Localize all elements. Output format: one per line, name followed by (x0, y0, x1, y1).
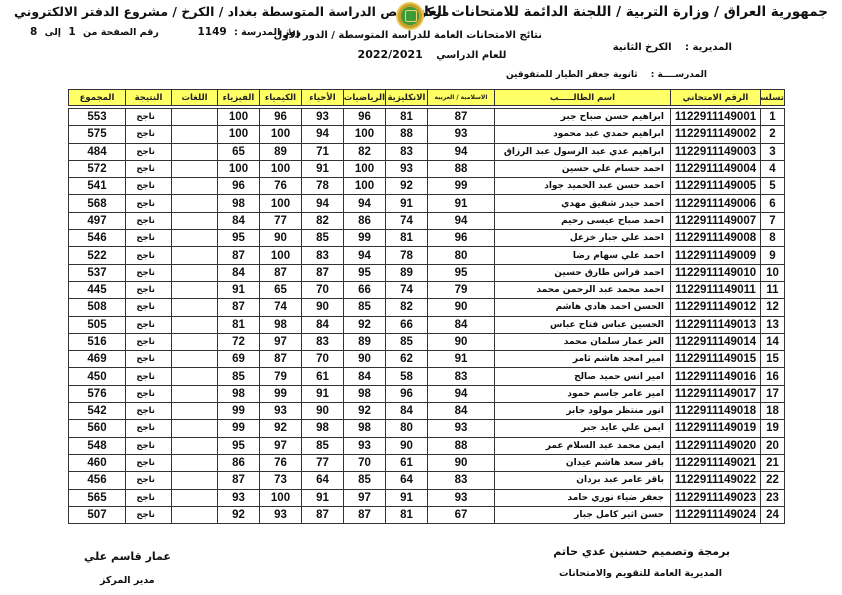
cell-physics: 87 (218, 247, 260, 264)
cell-islamic-arabic: 99 (428, 178, 495, 195)
cell-languages (172, 506, 218, 523)
cell-name: العز عمار سلمان محمد (495, 333, 671, 350)
cell-biology: 93 (302, 109, 344, 126)
cell-languages (172, 316, 218, 333)
cell-result: ناجح (126, 316, 172, 333)
cell-languages (172, 281, 218, 298)
cell-exam-no: 1122911149019 (671, 420, 761, 437)
cell-physics: 87 (218, 299, 260, 316)
table-row: 191122911149019ايمن علي عايد جبر93809898… (69, 420, 785, 437)
cell-languages (172, 385, 218, 402)
cell-languages (172, 126, 218, 143)
cell-chemistry: 74 (260, 299, 302, 316)
cell-biology: 90 (302, 403, 344, 420)
cell-result: ناجح (126, 109, 172, 126)
table-row: 181122911149018انور منتظر مولود جابر8484… (69, 403, 785, 420)
cell-islamic-arabic: 96 (428, 230, 495, 247)
results-subtitle: نتائج الامتحانات العامة للدراسة المتوسطة… (322, 30, 542, 41)
cell-languages (172, 333, 218, 350)
cell-islamic-arabic: 91 (428, 195, 495, 212)
cell-exam-no: 1122911149016 (671, 368, 761, 385)
cell-languages (172, 299, 218, 316)
cell-chemistry: 93 (260, 506, 302, 523)
table-row: 131122911149013الحسين عباس فتاح عباس8466… (69, 316, 785, 333)
cell-math: 86 (344, 212, 386, 229)
cell-exam-no: 1122911149018 (671, 403, 761, 420)
cell-biology: 83 (302, 247, 344, 264)
cell-english: 64 (386, 472, 428, 489)
academic-year: للعام الدراسي 2022/2021 (322, 48, 542, 61)
cell-name: ايمن محمد عبد السلام عمر (495, 437, 671, 454)
cell-islamic-arabic: 90 (428, 333, 495, 350)
cell-english: 78 (386, 247, 428, 264)
cell-seq: 4 (761, 160, 785, 177)
col-exam-no: الرقم الامتحاني (671, 90, 761, 106)
cell-result: ناجح (126, 351, 172, 368)
cell-chemistry: 96 (260, 109, 302, 126)
cell-biology: 78 (302, 178, 344, 195)
cell-chemistry: 92 (260, 420, 302, 437)
cell-chemistry: 76 (260, 178, 302, 195)
cell-chemistry: 98 (260, 316, 302, 333)
cell-name: احمد صباح عيسى رحيم (495, 212, 671, 229)
cell-languages (172, 420, 218, 437)
cell-total: 553 (69, 109, 126, 126)
cell-math: 87 (344, 506, 386, 523)
cell-languages (172, 195, 218, 212)
directorate-value: الكرخ الثانية (613, 42, 672, 53)
cell-biology: 64 (302, 472, 344, 489)
cell-name: ابراهيم حمدي عبد محمود (495, 126, 671, 143)
school-value: ثانوية جعفر الطيار للمتفوقين (506, 70, 638, 80)
cell-physics: 65 (218, 143, 260, 160)
cell-physics: 81 (218, 316, 260, 333)
cell-english: 90 (386, 437, 428, 454)
cell-seq: 23 (761, 489, 785, 506)
table-row: 241122911149024حسن اثير كامل جبار6781878… (69, 506, 785, 523)
cell-total: 460 (69, 454, 126, 471)
cell-total: 508 (69, 299, 126, 316)
cell-biology: 87 (302, 264, 344, 281)
cell-biology: 94 (302, 195, 344, 212)
cell-islamic-arabic: 94 (428, 143, 495, 160)
cell-biology: 91 (302, 385, 344, 402)
cell-languages (172, 403, 218, 420)
cell-seq: 13 (761, 316, 785, 333)
cell-exam-no: 1122911149021 (671, 454, 761, 471)
cell-biology: 70 (302, 281, 344, 298)
cell-seq: 18 (761, 403, 785, 420)
cell-seq: 8 (761, 230, 785, 247)
ministry-logo-icon (396, 2, 424, 30)
cell-exam-no: 1122911149015 (671, 351, 761, 368)
cell-physics: 100 (218, 126, 260, 143)
cell-islamic-arabic: 67 (428, 506, 495, 523)
table-header-row: تسلسل الرقم الامتحاني اسم الطالـــــب ال… (69, 90, 785, 106)
cell-math: 94 (344, 195, 386, 212)
cell-biology: 77 (302, 454, 344, 471)
table-row: 171122911149017امير عامر جاسم حمود949698… (69, 385, 785, 402)
col-math: الرياضيات (344, 90, 386, 106)
cell-physics: 95 (218, 230, 260, 247)
cell-name: حسن اثير كامل جبار (495, 506, 671, 523)
table-row: 121122911149012الحسن احمد هادي هاشم90828… (69, 299, 785, 316)
cell-exam-no: 1122911149023 (671, 489, 761, 506)
cell-chemistry: 79 (260, 368, 302, 385)
cell-name: الحسن احمد هادي هاشم (495, 299, 671, 316)
cell-chemistry: 97 (260, 437, 302, 454)
cell-physics: 96 (218, 178, 260, 195)
cell-languages (172, 368, 218, 385)
cell-islamic-arabic: 83 (428, 472, 495, 489)
cell-name: انور منتظر مولود جابر (495, 403, 671, 420)
cell-result: ناجح (126, 160, 172, 177)
table-row: 71122911149007احمد صباح عيسى رحيم9474868… (69, 212, 785, 229)
cell-name: ابراهيم حسن صباح جبر (495, 109, 671, 126)
cell-physics: 99 (218, 420, 260, 437)
cell-chemistry: 100 (260, 489, 302, 506)
cell-total: 450 (69, 368, 126, 385)
cell-math: 85 (344, 472, 386, 489)
cell-english: 80 (386, 420, 428, 437)
cell-name: امير عامر جاسم حمود (495, 385, 671, 402)
cell-result: ناجح (126, 178, 172, 195)
school-label: المدرســــة : (651, 70, 707, 80)
cell-math: 100 (344, 126, 386, 143)
cell-islamic-arabic: 93 (428, 126, 495, 143)
cell-physics: 98 (218, 195, 260, 212)
cell-biology: 70 (302, 351, 344, 368)
cell-chemistry: 73 (260, 472, 302, 489)
cell-english: 81 (386, 109, 428, 126)
cell-english: 96 (386, 385, 428, 402)
cell-exam-no: 1122911149024 (671, 506, 761, 523)
center-title: مركز فحص الدراسة المتوسطة بغداد / الكرخ … (14, 4, 449, 19)
cell-english: 91 (386, 489, 428, 506)
cell-seq: 2 (761, 126, 785, 143)
cell-result: ناجح (126, 403, 172, 420)
cell-physics: 92 (218, 506, 260, 523)
cell-chemistry: 93 (260, 403, 302, 420)
cell-languages (172, 143, 218, 160)
page-to: 8 (30, 26, 37, 38)
cell-physics: 99 (218, 403, 260, 420)
cell-name: احمد علي جبار خزعل (495, 230, 671, 247)
cell-english: 93 (386, 160, 428, 177)
cell-english: 62 (386, 351, 428, 368)
table-row: 231122911149023جعفر ضياء نوري حامد939197… (69, 489, 785, 506)
table-row: 161122911149016امير انس حميد صالح8358846… (69, 368, 785, 385)
cell-biology: 98 (302, 420, 344, 437)
cell-english: 81 (386, 230, 428, 247)
cell-english: 82 (386, 299, 428, 316)
cell-exam-no: 1122911149006 (671, 195, 761, 212)
cell-physics: 86 (218, 454, 260, 471)
page-label: رقم الصفحة من (83, 27, 159, 38)
cell-exam-no: 1122911149004 (671, 160, 761, 177)
cell-math: 98 (344, 385, 386, 402)
cell-total: 445 (69, 281, 126, 298)
cell-chemistry: 100 (260, 160, 302, 177)
cell-english: 58 (386, 368, 428, 385)
cell-total: 542 (69, 403, 126, 420)
col-result: النتيجة (126, 90, 172, 106)
table-row: 61122911149006احمد حيدر شفيق مهدي9191949… (69, 195, 785, 212)
cell-languages (172, 472, 218, 489)
cell-islamic-arabic: 90 (428, 299, 495, 316)
cell-chemistry: 100 (260, 195, 302, 212)
cell-math: 92 (344, 403, 386, 420)
cell-result: ناجح (126, 420, 172, 437)
cell-biology: 94 (302, 126, 344, 143)
cell-result: ناجح (126, 230, 172, 247)
cell-math: 89 (344, 333, 386, 350)
cell-islamic-arabic: 95 (428, 264, 495, 281)
table-row: 11122911149001ابراهيم حسن صباح جبر878196… (69, 109, 785, 126)
cell-exam-no: 1122911149009 (671, 247, 761, 264)
cell-languages (172, 178, 218, 195)
cell-biology: 85 (302, 230, 344, 247)
cell-result: ناجح (126, 281, 172, 298)
col-name: اسم الطالـــــب (495, 90, 671, 106)
cell-total: 522 (69, 247, 126, 264)
cell-physics: 84 (218, 212, 260, 229)
cell-english: 74 (386, 281, 428, 298)
cell-biology: 82 (302, 212, 344, 229)
cell-exam-no: 1122911149012 (671, 299, 761, 316)
cell-seq: 11 (761, 281, 785, 298)
cell-physics: 85 (218, 368, 260, 385)
cell-languages (172, 437, 218, 454)
col-languages: اللغات (172, 90, 218, 106)
cell-english: 84 (386, 403, 428, 420)
cell-islamic-arabic: 93 (428, 420, 495, 437)
cell-math: 85 (344, 299, 386, 316)
cell-biology: 84 (302, 316, 344, 333)
school-code-label: رمز المدرسة : (234, 27, 301, 38)
table-row: 211122911149021باقر سعد هاشم عيدان906170… (69, 454, 785, 471)
cell-name: الحسين عباس فتاح عباس (495, 316, 671, 333)
cell-islamic-arabic: 87 (428, 109, 495, 126)
cell-chemistry: 89 (260, 143, 302, 160)
cell-biology: 71 (302, 143, 344, 160)
cell-seq: 14 (761, 333, 785, 350)
table-row: 81122911149008احمد علي جبار خزعل96819985… (69, 230, 785, 247)
cell-result: ناجح (126, 489, 172, 506)
cell-seq: 10 (761, 264, 785, 281)
cell-result: ناجح (126, 472, 172, 489)
cell-math: 94 (344, 247, 386, 264)
page-to-label: إلى (45, 27, 61, 38)
table-row: 151122911149015امير امجد هاشم ثامر916290… (69, 351, 785, 368)
cell-seq: 16 (761, 368, 785, 385)
year-value: 2022/2021 (358, 48, 423, 61)
cell-seq: 1 (761, 109, 785, 126)
cell-physics: 69 (218, 351, 260, 368)
directorate-label: المديرية : (685, 42, 732, 53)
cell-exam-no: 1122911149010 (671, 264, 761, 281)
cell-math: 100 (344, 160, 386, 177)
cell-islamic-arabic: 83 (428, 368, 495, 385)
cell-biology: 85 (302, 437, 344, 454)
cell-total: 565 (69, 489, 126, 506)
cell-name: ايمن علي عايد جبر (495, 420, 671, 437)
cell-chemistry: 76 (260, 454, 302, 471)
cell-physics: 84 (218, 264, 260, 281)
cell-physics: 72 (218, 333, 260, 350)
cell-result: ناجح (126, 506, 172, 523)
cell-exam-no: 1122911149001 (671, 109, 761, 126)
cell-total: 568 (69, 195, 126, 212)
cell-biology: 83 (302, 333, 344, 350)
cell-physics: 100 (218, 160, 260, 177)
cell-languages (172, 160, 218, 177)
table-row: 101122911149010احمد فراس طارق حسين958995… (69, 264, 785, 281)
cell-biology: 91 (302, 160, 344, 177)
cell-exam-no: 1122911149020 (671, 437, 761, 454)
cell-biology: 91 (302, 489, 344, 506)
table-row: 21122911149002ابراهيم حمدي عبد محمود9388… (69, 126, 785, 143)
cell-exam-no: 1122911149022 (671, 472, 761, 489)
cell-math: 99 (344, 230, 386, 247)
signatory-title: مدير المركز (100, 575, 155, 586)
school-code-value: 1149 (197, 26, 226, 38)
cell-total: 560 (69, 420, 126, 437)
cell-total: 484 (69, 143, 126, 160)
cell-islamic-arabic: 94 (428, 212, 495, 229)
cell-islamic-arabic: 84 (428, 403, 495, 420)
cell-chemistry: 87 (260, 264, 302, 281)
cell-math: 96 (344, 109, 386, 126)
cell-total: 546 (69, 230, 126, 247)
table-row: 111122911149011احمد محمد عبد الرحمن محمد… (69, 281, 785, 298)
cell-languages (172, 264, 218, 281)
table-row: 41122911149004احمد حسام علي حسين88931009… (69, 160, 785, 177)
cell-exam-no: 1122911149002 (671, 126, 761, 143)
cell-english: 74 (386, 212, 428, 229)
cell-english: 66 (386, 316, 428, 333)
cell-seq: 7 (761, 212, 785, 229)
cell-name: ابراهيم عدي عبد الرسول عبد الرزاق (495, 143, 671, 160)
table-row: 221122911149022باقر عامر عبد بردان836485… (69, 472, 785, 489)
cell-chemistry: 100 (260, 126, 302, 143)
cell-islamic-arabic: 84 (428, 316, 495, 333)
cell-islamic-arabic: 90 (428, 454, 495, 471)
cell-result: ناجح (126, 195, 172, 212)
cell-math: 100 (344, 178, 386, 195)
cell-math: 97 (344, 489, 386, 506)
cell-physics: 100 (218, 109, 260, 126)
cell-english: 81 (386, 506, 428, 523)
cell-seq: 12 (761, 299, 785, 316)
cell-physics: 93 (218, 489, 260, 506)
cell-name: احمد حيدر شفيق مهدي (495, 195, 671, 212)
cell-result: ناجح (126, 247, 172, 264)
cell-seq: 3 (761, 143, 785, 160)
school: المدرســــة : ثانوية جعفر الطيار للمتفوق… (506, 70, 707, 80)
cell-math: 95 (344, 264, 386, 281)
cell-total: 575 (69, 126, 126, 143)
cell-result: ناجح (126, 437, 172, 454)
cell-total: 469 (69, 351, 126, 368)
designer-organization: المديرية العامة للتقويم والامتحانات (559, 568, 722, 579)
cell-english: 85 (386, 333, 428, 350)
cell-exam-no: 1122911149013 (671, 316, 761, 333)
cell-result: ناجح (126, 212, 172, 229)
cell-name: احمد حسن عبد الحميد جواد (495, 178, 671, 195)
cell-biology: 87 (302, 506, 344, 523)
cell-seq: 20 (761, 437, 785, 454)
cell-name: احمد محمد عبد الرحمن محمد (495, 281, 671, 298)
cell-total: 456 (69, 472, 126, 489)
cell-chemistry: 100 (260, 247, 302, 264)
cell-islamic-arabic: 94 (428, 385, 495, 402)
col-seq: تسلسل (761, 90, 785, 106)
col-chemistry: الكيمياء (260, 90, 302, 106)
cell-chemistry: 97 (260, 333, 302, 350)
cell-result: ناجح (126, 264, 172, 281)
cell-name: احمد علي سهام رضا (495, 247, 671, 264)
table-row: 31122911149003ابراهيم عدي عبد الرسول عبد… (69, 143, 785, 160)
cell-languages (172, 247, 218, 264)
results-table: تسلسل الرقم الامتحاني اسم الطالـــــب ال… (68, 89, 785, 524)
cell-exam-no: 1122911149008 (671, 230, 761, 247)
cell-english: 92 (386, 178, 428, 195)
cell-biology: 61 (302, 368, 344, 385)
cell-chemistry: 77 (260, 212, 302, 229)
cell-languages (172, 351, 218, 368)
cell-chemistry: 87 (260, 351, 302, 368)
cell-result: ناجح (126, 333, 172, 350)
year-label: للعام الدراسي (436, 50, 506, 61)
cell-total: 548 (69, 437, 126, 454)
cell-result: ناجح (126, 143, 172, 160)
cell-result: ناجح (126, 126, 172, 143)
cell-math: 98 (344, 420, 386, 437)
cell-total: 576 (69, 385, 126, 402)
cell-total: 505 (69, 316, 126, 333)
cell-seq: 17 (761, 385, 785, 402)
cell-exam-no: 1122911149014 (671, 333, 761, 350)
cell-seq: 9 (761, 247, 785, 264)
cell-physics: 91 (218, 281, 260, 298)
cell-languages (172, 454, 218, 471)
cell-name: امير امجد هاشم ثامر (495, 351, 671, 368)
cell-math: 66 (344, 281, 386, 298)
cell-total: 516 (69, 333, 126, 350)
cell-english: 89 (386, 264, 428, 281)
cell-name: باقر عامر عبد بردان (495, 472, 671, 489)
designer-credit: برمجة وتصميم حسنين عدي حاتم (553, 545, 730, 558)
cell-result: ناجح (126, 454, 172, 471)
cell-islamic-arabic: 91 (428, 351, 495, 368)
cell-math: 92 (344, 316, 386, 333)
cell-chemistry: 65 (260, 281, 302, 298)
cell-total: 497 (69, 212, 126, 229)
cell-english: 83 (386, 143, 428, 160)
cell-result: ناجح (126, 299, 172, 316)
cell-result: ناجح (126, 368, 172, 385)
cell-exam-no: 1122911149003 (671, 143, 761, 160)
cell-exam-no: 1122911149007 (671, 212, 761, 229)
cell-seq: 15 (761, 351, 785, 368)
cell-total: 537 (69, 264, 126, 281)
cell-islamic-arabic: 93 (428, 489, 495, 506)
cell-seq: 21 (761, 454, 785, 471)
cell-seq: 19 (761, 420, 785, 437)
cell-english: 88 (386, 126, 428, 143)
cell-physics: 87 (218, 472, 260, 489)
